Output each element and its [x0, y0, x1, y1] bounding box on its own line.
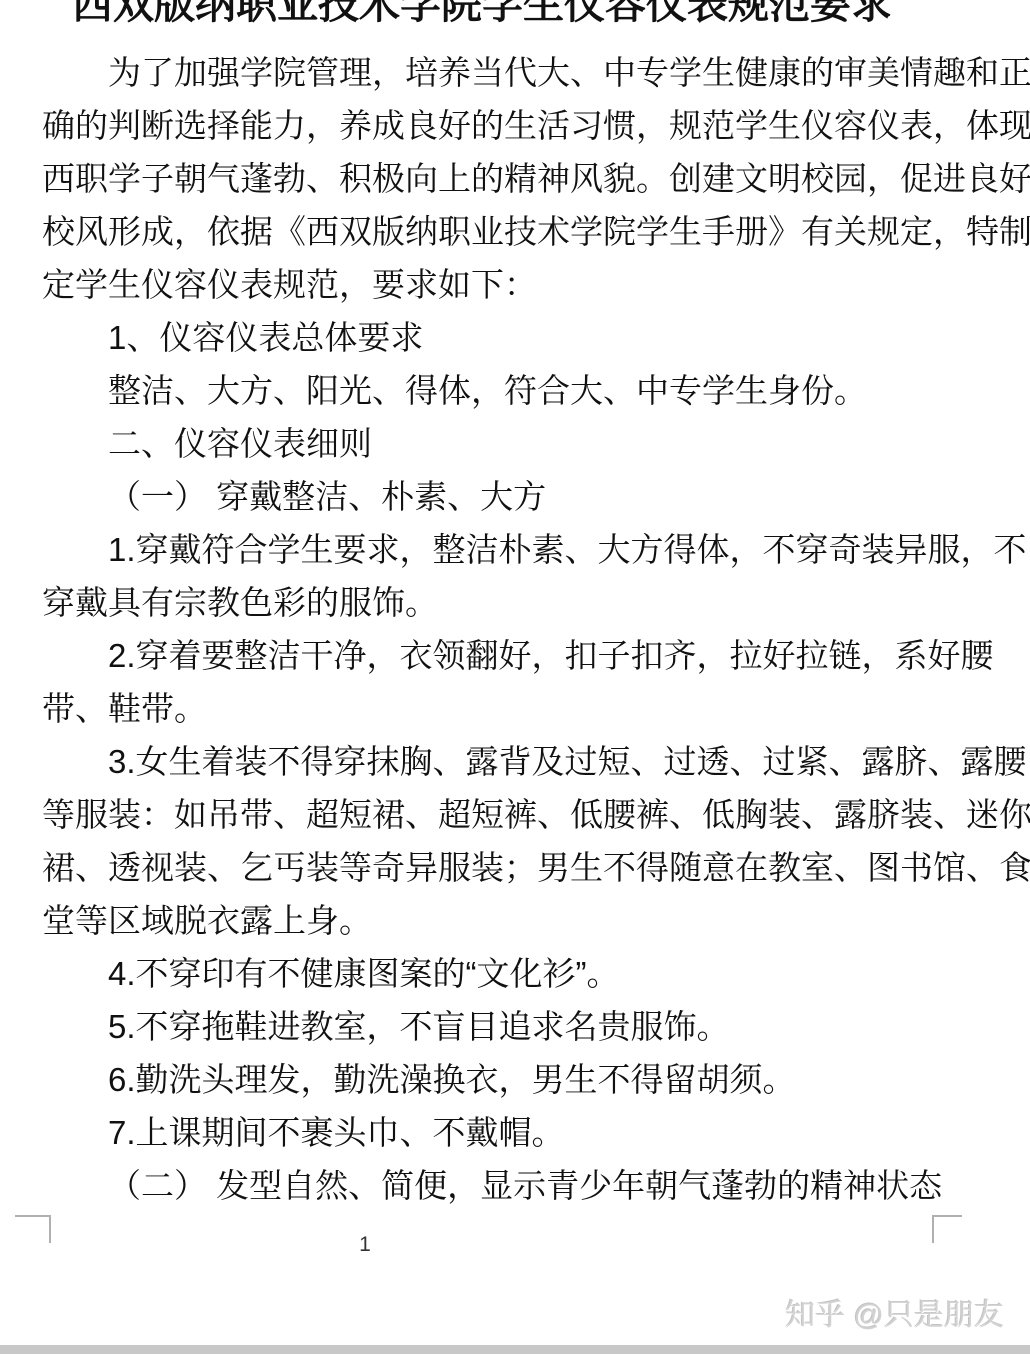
document-title: 西双版纳职业技术学院学生仪容仪表规范要求: [42, 0, 922, 30]
text-line: 1、仪容仪表总体要求: [42, 311, 922, 364]
text-line: 带、鞋带。: [42, 682, 922, 735]
text-line: （一） 穿戴整洁、朴素、大方: [42, 470, 922, 523]
text-line: 4.不穿印有不健康图案的“文化衫”。: [42, 947, 922, 1000]
text-line: 2.穿着要整洁干净，衣领翻好，扣子扣齐，拉好拉链，系好腰: [42, 629, 922, 682]
text-line: 6.勤洗头理发，勤洗澡换衣，男生不得留胡须。: [42, 1053, 922, 1106]
text-line: 为了加强学院管理，培养当代大、中专学生健康的审美情趣和正: [42, 46, 922, 99]
text-line: 二、仪容仪表细则: [42, 417, 922, 470]
watermark: 知乎 @只是朋友: [785, 1290, 1004, 1334]
document-body: 为了加强学院管理，培养当代大、中专学生健康的审美情趣和正确的判断选择能力，养成良…: [42, 46, 922, 1212]
document-page: 西双版纳职业技术学院学生仪容仪表规范要求 为了加强学院管理，培养当代大、中专学生…: [0, 0, 1030, 1354]
text-line: 7.上课期间不裹头巾、不戴帽。: [42, 1106, 922, 1159]
text-line: 西职学子朝气蓬勃、积极向上的精神风貌。创建文明校园，促进良好: [42, 152, 922, 205]
text-line: 穿戴具有宗教色彩的服饰。: [42, 576, 922, 629]
text-line: 裙、透视装、乞丐装等奇异服装；男生不得随意在教室、图书馆、食: [42, 841, 922, 894]
bottom-bar: [0, 1345, 1030, 1354]
text-line: 定学生仪容仪表规范，要求如下：: [42, 258, 922, 311]
text-line: 校风形成，依据《西双版纳职业技术学院学生手册》有关规定，特制: [42, 205, 922, 258]
page-number: 1: [330, 1233, 400, 1257]
text-line: 等服装：如吊带、超短裙、超短裤、低腰裤、低胸装、露脐装、迷你: [42, 788, 922, 841]
page-corner-mark-left: [15, 1215, 51, 1243]
text-line: 堂等区域脱衣露上身。: [42, 894, 922, 947]
text-line: （二） 发型自然、简便，显示青少年朝气蓬勃的精神状态: [42, 1159, 922, 1212]
text-line: 整洁、大方、阳光、得体，符合大、中专学生身份。: [42, 364, 922, 417]
text-line: 1.穿戴符合学生要求，整洁朴素、大方得体，不穿奇装异服，不: [42, 523, 922, 576]
text-line: 确的判断选择能力，养成良好的生活习惯，规范学生仪容仪表，体现: [42, 99, 922, 152]
text-line: 3.女生着装不得穿抹胸、露背及过短、过透、过紧、露脐、露腰: [42, 735, 922, 788]
page-corner-mark-right: [932, 1215, 962, 1243]
text-line: 5.不穿拖鞋进教室，不盲目追求名贵服饰。: [42, 1000, 922, 1053]
